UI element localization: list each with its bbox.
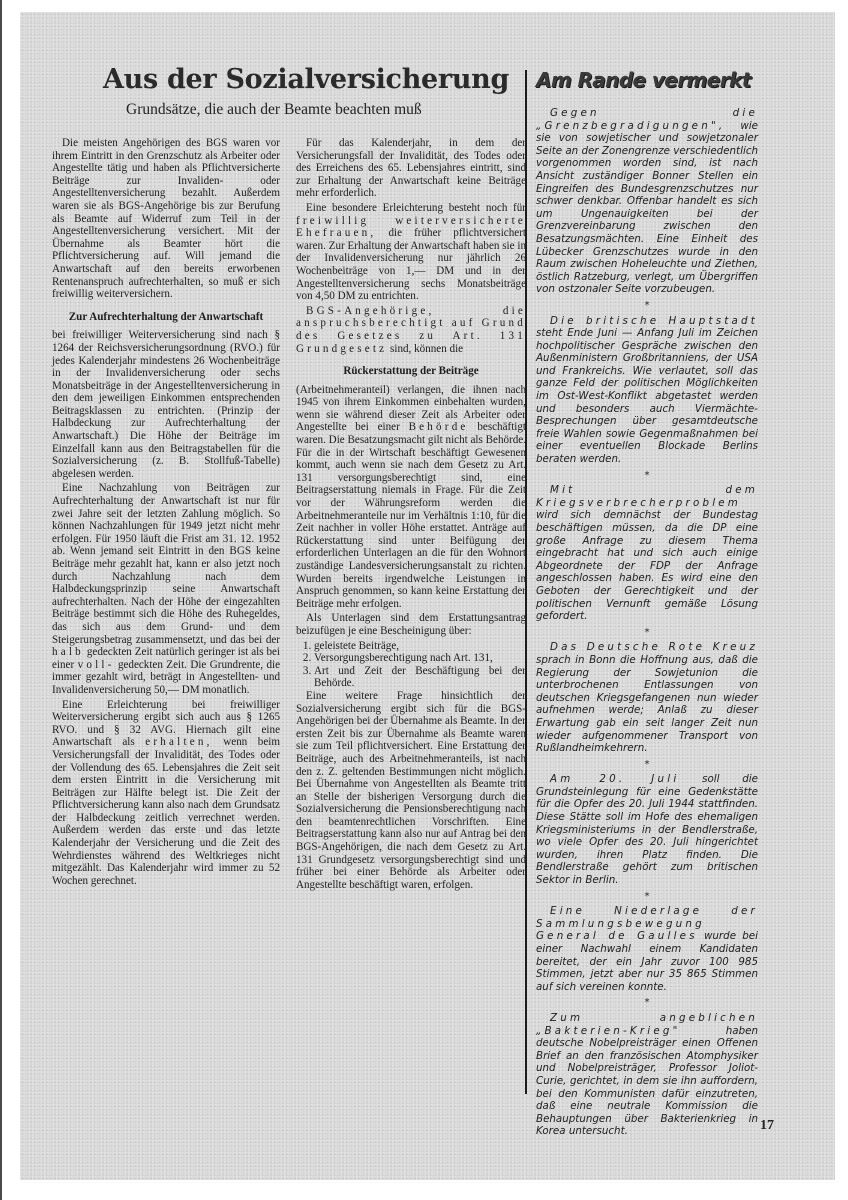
separator-star: * (536, 627, 758, 640)
section-heading: Zur Aufrechterhaltung der Anwartschaft (52, 311, 280, 324)
paragraph: bei freiwilliger Weiterversicherung sind… (52, 329, 280, 480)
article-column-2: Für das Kalenderjahr, in dem der Versich… (296, 137, 526, 893)
paragraph: Eine Erleichterung bei freiwilliger Weit… (52, 699, 280, 888)
article-headline: Aus der Sozialversicherung (103, 64, 483, 95)
paragraph: Die meisten Angehörigen des BGS waren vo… (52, 137, 280, 301)
item-text: sprach in Bonn die Hoffnung aus, daß die… (536, 654, 758, 754)
page-number: 17 (760, 1118, 774, 1134)
sidebar-title: Am Rande vermerkt (536, 68, 776, 92)
item-lead: Am 20. Juli (550, 773, 679, 785)
paragraph: Eine Nachzahlung von Beiträgen zur Aufre… (52, 482, 280, 696)
paragraph: Für das Kalenderjahr, in dem der Versich… (296, 137, 526, 200)
spaced-emphasis: erhalten, (145, 736, 212, 748)
paragraph: (Arbeitnehmeranteil) verlangen, die ihne… (296, 384, 526, 611)
item-text: wie sie von sowjetischer und sowjetzonal… (536, 120, 758, 296)
separator-star: * (536, 997, 758, 1010)
section-heading: Rückerstattung der Beiträge (296, 365, 526, 378)
separator-star: * (536, 759, 758, 772)
text-run: wenn beim Versicherungsfall der Invalidi… (52, 736, 280, 887)
item-text: haben deutsche Nobelpreisträger einen Of… (536, 1025, 758, 1138)
separator-star: * (536, 470, 758, 483)
scan-edge (0, 0, 2, 1200)
paragraph: BGS-Angehörige, die anspruchsberechtigt … (296, 305, 526, 355)
text-run: beschäftigt waren. Die Besatzungsmacht g… (296, 421, 526, 609)
spaced-emphasis: Behörde (409, 421, 469, 433)
item-lead: Mit dem Kriegsverbrecherproblem (536, 484, 758, 509)
item-text: steht Ende Juni — Anfang Juli im Zeichen… (536, 327, 758, 465)
item-text: soll die Grundsteinlegung für eine Geden… (536, 773, 758, 886)
paragraph: Eine besondere Erleichterung besteht noc… (296, 202, 526, 303)
paragraph: Eine weitere Frage hinsichtlich der Sozi… (296, 690, 526, 892)
article-subheadline: Grundsätze, die auch der Beamte beachten… (126, 101, 486, 119)
sidebar-item: Mit dem Kriegsverbrecherproblem wird sic… (536, 484, 758, 623)
document-list: geleistete Beiträge, Versorgungsberechti… (296, 640, 526, 690)
text-run: Eine besondere Erleichterung besteht noc… (306, 202, 526, 214)
item-lead: Gegen die „Grenzbegradigungen", (536, 107, 758, 132)
text-run: Eine Nachzahlung von Beiträgen zur Aufre… (52, 482, 280, 645)
item-lead: Die britische Hauptstadt (550, 315, 758, 327)
sidebar-item: Die britische Hauptstadt steht Ende Juni… (536, 315, 758, 466)
separator-star: * (536, 891, 758, 904)
sidebar-item: Zum angeblichen „Bakterien-Krieg" haben … (536, 1012, 758, 1138)
item-lead: Zum angeblichen „Bakterien-Krieg" (536, 1012, 758, 1037)
item-lead: Das Deutsche Rote Kreuz (550, 641, 758, 653)
sidebar-item: Eine Niederlage der Sammlungsbewegung Ge… (536, 905, 758, 993)
separator-star: * (536, 300, 758, 313)
list-item: Art und Zeit der Beschäftigung bei der B… (314, 665, 526, 690)
sidebar-item: Am 20. Juli soll die Grundsteinlegung fü… (536, 773, 758, 886)
sidebar-item: Das Deutsche Rote Kreuz sprach in Bonn d… (536, 641, 758, 754)
sidebar-column: Gegen die „Grenzbegradigungen", wie sie … (536, 107, 758, 1138)
sidebar-item: Gegen die „Grenzbegradigungen", wie sie … (536, 107, 758, 296)
item-text: wird sich demnächst der Bundestag beschä… (536, 509, 758, 622)
column-divider (525, 70, 527, 1094)
article-column-1: Die meisten Angehörigen des BGS waren vo… (52, 137, 280, 889)
spaced-emphasis: halb (52, 646, 84, 658)
text-run: sind, können die (390, 343, 463, 355)
list-item: geleistete Beiträge, (314, 640, 526, 653)
list-item: Versorgungsberechtigung nach Art. 131, (314, 652, 526, 665)
spaced-emphasis: voll- (78, 659, 115, 671)
paragraph: Als Unterlagen sind dem Erstattungsantra… (296, 612, 526, 637)
